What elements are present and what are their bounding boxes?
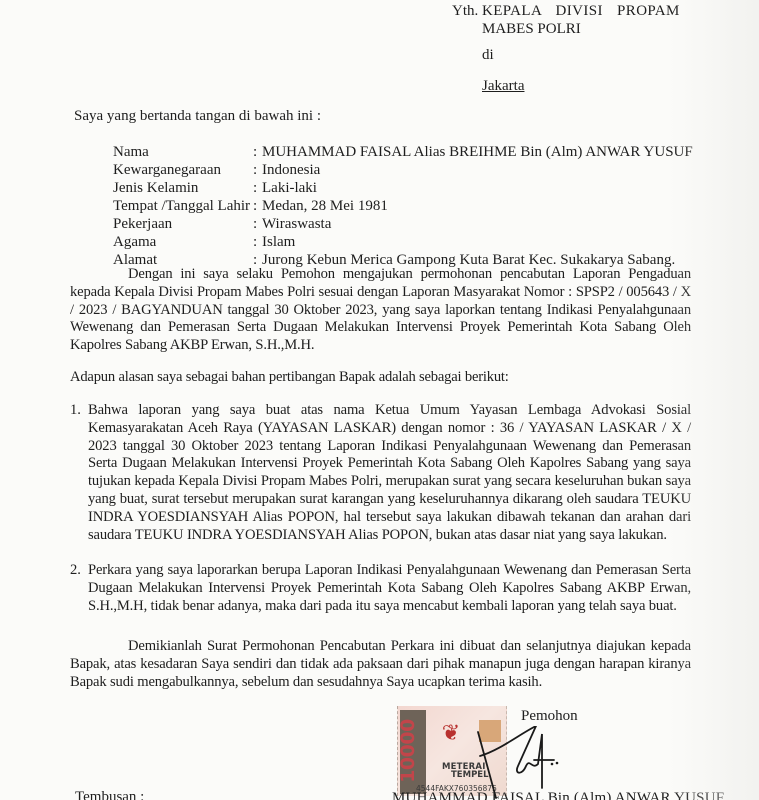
identity-label: Kewarganegaraan — [113, 161, 253, 179]
identity-row: Tempat /Tanggal Lahir:Medan, 28 Mei 1981 — [113, 197, 693, 215]
reason-number: 2. — [70, 562, 81, 580]
recipient-city: Jakarta — [482, 77, 524, 95]
identity-value: Indonesia — [262, 161, 320, 179]
garuda-emblem-icon: ❦ — [438, 718, 464, 748]
reason-text: Perkara yang saya laporarkan berupa Lapo… — [88, 562, 691, 615]
reason-number: 1. — [70, 402, 81, 420]
identity-row: Nama:MUHAMMAD FAISAL Alias BREIHME Bin (… — [113, 143, 693, 161]
stamp-value-strip: 10000 — [400, 710, 426, 794]
identity-label: Nama — [113, 143, 253, 161]
signer-name: MUHAMMAD FAISAL Bin (Alm) ANWAR YUSUF — [392, 790, 724, 800]
identity-label: Agama — [113, 233, 253, 251]
applicant-label: Pemohon — [521, 708, 578, 725]
identity-row: Agama:Islam — [113, 233, 693, 251]
identity-label: Tempat /Tanggal Lahir — [113, 197, 253, 215]
signature-scribble — [470, 726, 560, 800]
identity-value: Islam — [262, 233, 295, 251]
identity-value: Wiraswasta — [262, 215, 331, 233]
identity-value: MUHAMMAD FAISAL Alias BREIHME Bin (Alm) … — [262, 143, 693, 161]
identity-value: Laki-laki — [262, 179, 317, 197]
identity-row: Jenis Kelamin:Laki-laki — [113, 179, 693, 197]
closing-paragraph: Demikianlah Surat Permohonan Pencabutan … — [70, 638, 691, 691]
cc-label: Tembusan : — [75, 789, 144, 800]
letter-page: Yth. KEPALA DIVISI PROPAM MABES POLRI di… — [0, 0, 759, 800]
recipient-line-1: KEPALA DIVISI PROPAM — [482, 2, 680, 20]
recipient-at: di — [482, 46, 494, 64]
identity-value: Medan, 28 Mei 1981 — [262, 197, 388, 215]
identity-row: Kewarganegaraan:Indonesia — [113, 161, 693, 179]
identity-label: Pekerjaan — [113, 215, 253, 233]
identity-label: Jenis Kelamin — [113, 179, 253, 197]
recipient-line-2: MABES POLRI — [482, 20, 680, 38]
salutation: Yth. — [452, 2, 478, 20]
reasons-intro: Adapun alasan saya sebagai bahan pertiba… — [70, 369, 710, 387]
reason-text: Bahwa laporan yang saya buat atas nama K… — [88, 402, 691, 544]
request-paragraph: Dengan ini saya selaku Pemohon mengajuka… — [70, 266, 691, 355]
identity-table: Nama:MUHAMMAD FAISAL Alias BREIHME Bin (… — [113, 143, 693, 269]
intro-text: Saya yang bertanda tangan di bawah ini : — [74, 108, 321, 125]
stamp-value: 10000 — [397, 719, 419, 783]
identity-row: Pekerjaan:Wiraswasta — [113, 215, 693, 233]
